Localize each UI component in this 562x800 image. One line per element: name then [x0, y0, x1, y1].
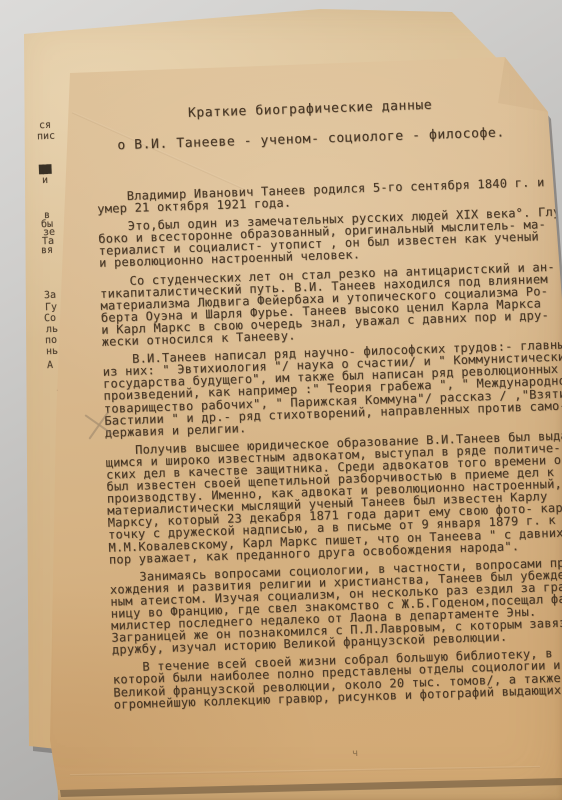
under-sheet-text-fragment: нь [46, 347, 58, 357]
stray-typed-mark: ч [352, 748, 358, 759]
under-sheet-text-fragment: За [44, 291, 56, 301]
typed-paragraphs: Владимир Иванович Танеев родился 5-го се… [97, 175, 562, 710]
under-sheet-text-fragment: ся [39, 121, 51, 131]
title-line-2: о В.И. Танееве - ученом- социологе - фил… [95, 126, 527, 153]
typed-paragraph: В.И.Танеев написал ряд научно- философск… [102, 338, 562, 438]
under-sheet-text-fragment: пис [37, 132, 55, 143]
typed-text-block: Краткие биографические данные о В.И. Тан… [94, 94, 562, 716]
under-sheet-text-fragment: А [47, 361, 53, 371]
under-sheet-text-fragment: Со [44, 314, 56, 324]
photo-of-typewritten-document: сяпис███ивбызеТавяЗаГуСольпоньАТдолжІі, … [0, 0, 562, 800]
under-sheet-text-fragment: ль [46, 325, 58, 335]
under-sheet-text-fragment: и [42, 176, 48, 186]
typed-paragraph: Со студенческих лет он стал резко на ант… [99, 260, 562, 348]
under-sheet-text-fragment: по [45, 336, 57, 346]
typed-paragraph: Это,был один из замечательных русских лю… [98, 205, 562, 269]
under-sheet-text-fragment: Гу [45, 303, 57, 313]
ink-blot: ███ [39, 165, 51, 175]
typed-paragraph: Получив высшее юридическое образование В… [105, 429, 562, 566]
typed-paragraph: Занимаясь вопросами социологии, в частно… [109, 556, 562, 656]
under-sheet-text-fragment: вя [41, 246, 53, 256]
pencil-cross-mark [84, 408, 114, 442]
typed-paragraph: В течение всей своей жизни собрал большу… [112, 646, 562, 710]
top-sheet-paper: Краткие биографические данные о В.И. Тан… [0, 0, 562, 800]
